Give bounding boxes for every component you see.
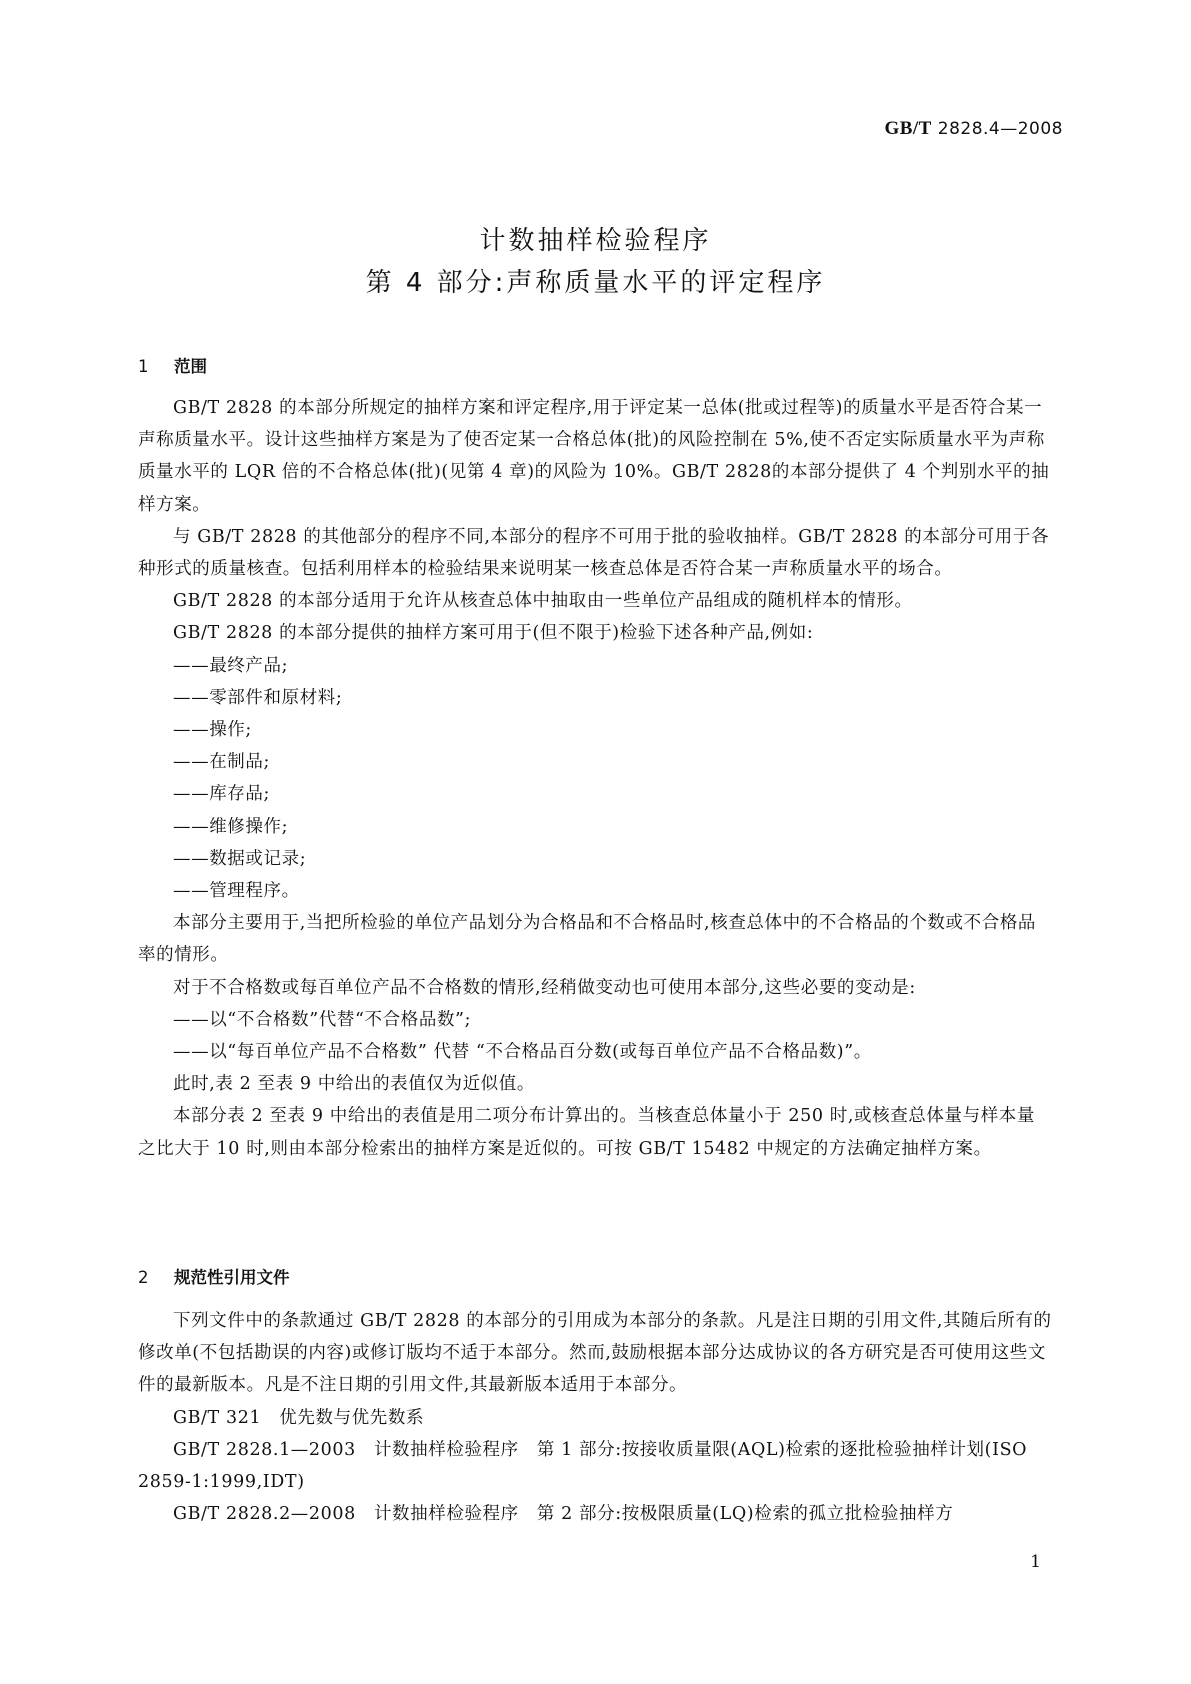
paragraph: 本部分主要用于,当把所检验的单位产品划分为合格品和不合格品时,核查总体中的不合格… [138,907,1053,971]
list-item: ——库存品; [138,778,1053,810]
document-title-line1: 计数抽样检验程序 [0,220,1191,257]
page-number: 1 [1030,1552,1041,1572]
section-1-heading: 1范围 [138,353,207,377]
section-title: 规范性引用文件 [174,1268,290,1287]
section-2-body: 下列文件中的条款通过 GB/T 2828 的本部分的引用成为本部分的条款。凡是注… [138,1305,1053,1530]
list-item: ——以“不合格数”代替“不合格品数”; [138,1004,1053,1036]
standard-number: GB/T 2828.4—2008 [884,118,1063,140]
list-item: ——操作; [138,714,1053,746]
section-1-body: GB/T 2828 的本部分所规定的抽样方案和评定程序,用于评定某一总体(批或过… [138,392,1053,1165]
paragraph: 下列文件中的条款通过 GB/T 2828 的本部分的引用成为本部分的条款。凡是注… [138,1305,1053,1402]
section-number: 1 [138,357,174,376]
list-item: ——管理程序。 [138,875,1053,907]
paragraph: GB/T 2828 的本部分适用于允许从核查总体中抽取由一些单位产品组成的随机样… [138,585,1053,617]
list-item: ——维修操作; [138,811,1053,843]
standard-code: 2828.4—2008 [938,119,1063,139]
paragraph: 对于不合格数或每百单位产品不合格数的情形,经稍做变动也可使用本部分,这些必要的变… [138,972,1053,1004]
reference-item: GB/T 2828.1—2003 计数抽样检验程序 第 1 部分:按接收质量限(… [138,1434,1053,1498]
paragraph: 与 GB/T 2828 的其他部分的程序不同,本部分的程序不可用于批的验收抽样。… [138,521,1053,585]
list-item: ——数据或记录; [138,843,1053,875]
list-item: ——在制品; [138,746,1053,778]
section-2-heading: 2规范性引用文件 [138,1264,290,1288]
section-number: 2 [138,1268,174,1287]
paragraph: 本部分表 2 至表 9 中给出的表值是用二项分布计算出的。当核查总体量小于 25… [138,1100,1053,1164]
standard-prefix: GB/T [884,118,931,139]
paragraph: GB/T 2828 的本部分所规定的抽样方案和评定程序,用于评定某一总体(批或过… [138,392,1053,521]
paragraph: 此时,表 2 至表 9 中给出的表值仅为近似值。 [138,1068,1053,1100]
list-item: ——最终产品; [138,650,1053,682]
list-item: ——零部件和原材料; [138,682,1053,714]
reference-item: GB/T 2828.2—2008 计数抽样检验程序 第 2 部分:按极限质量(L… [138,1498,1053,1530]
document-title-line2: 第 4 部分:声称质量水平的评定程序 [0,262,1191,299]
reference-item: GB/T 321 优先数与优先数系 [138,1402,1053,1434]
paragraph: GB/T 2828 的本部分提供的抽样方案可用于(但不限于)检验下述各种产品,例… [138,617,1053,649]
list-item: ——以“每百单位产品不合格数” 代替 “不合格品百分数(或每百单位产品不合格品数… [138,1036,1053,1068]
section-title: 范围 [174,357,207,376]
